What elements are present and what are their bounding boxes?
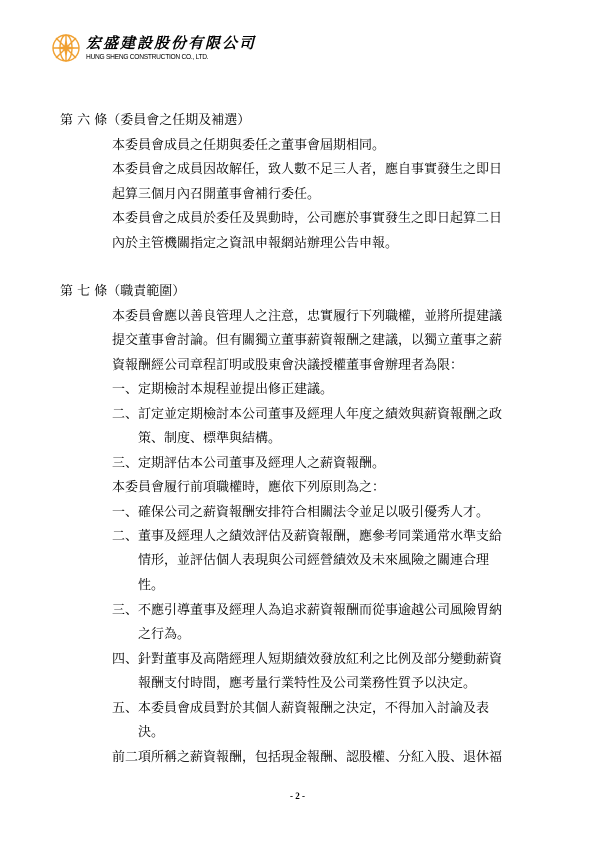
- document-header: 宏盛建設股份有限公司 HUNG SHENG CONSTRUCTION CO., …: [50, 30, 256, 66]
- principle-item-3: 三、不應引導董事及經理人為追求薪資報酬而從事逾越公司風險胃納: [112, 603, 502, 619]
- principle-item-4-cont: 報酬支付時間，應考量行業特性及公司業務性質予以決定。: [138, 676, 476, 692]
- duty-item-1: 一、定期檢討本規程並提出修正建議。: [112, 382, 333, 398]
- compass-rose-logo-icon: [50, 32, 82, 64]
- principle-item-4: 四、針對董事及高階經理人短期績效發放紅利之比例及部分變動薪資: [112, 652, 502, 668]
- principle-item-3-cont: 之行為。: [138, 627, 190, 643]
- article-7-intro: 提交董事會討論。但有關獨立董事薪資報酬之建議，以獨立董事之薪: [112, 333, 502, 349]
- closing-paragraph: 前二項所稱之薪資報酬，包括現金報酬、認股權、分紅入股、退休福: [112, 750, 502, 766]
- article-6-title: 第 六 條（委員會之任期及補選）: [60, 113, 250, 129]
- article-7-intro: 資報酬經公司章程訂明或股東會決議授權董事會辦理者為限：: [112, 358, 463, 374]
- article-6-paragraph: 起算三個月內召開董事會補行委任。: [112, 187, 320, 203]
- principle-item-2-cont: 情形，並評估個人表現與公司經營績效及未來風險之關連合理: [138, 553, 489, 569]
- company-name-en: HUNG SHENG CONSTRUCTION CO., LTD.: [86, 54, 248, 61]
- principle-item-2-cont: 性。: [138, 578, 164, 594]
- duty-item-2: 二、訂定並定期檢討本公司董事及經理人年度之績效與薪資報酬之政: [112, 407, 502, 423]
- principle-item-2: 二、董事及經理人之績效評估及薪資報酬，應參考同業通常水準支給: [112, 529, 502, 545]
- duty-item-3: 三、定期評估本公司董事及經理人之薪資報酬。: [112, 456, 385, 472]
- principles-intro: 本委員會履行前項職權時，應依下列原則為之：: [112, 480, 385, 496]
- principle-item-5: 五、本委員會成員對於其個人薪資報酬之決定，不得加入討論及表: [112, 701, 489, 717]
- article-7-title: 第 七 條（職責範圍）: [60, 284, 185, 300]
- principle-item-1: 一、確保公司之薪資報酬安排符合相關法令並足以吸引優秀人才。: [112, 505, 489, 521]
- article-6-paragraph: 本委員會成員之任期與委任之董事會屆期相同。: [112, 138, 385, 154]
- article-7-intro: 本委員會應以善良管理人之注意，忠實履行下列職權，並將所提建議: [112, 309, 502, 325]
- page-number: - 2 -: [0, 791, 595, 801]
- duty-item-2-cont: 策、制度、標準與結構。: [138, 431, 281, 447]
- article-6-paragraph: 本委員會之成員於委任及異動時，公司應於事實發生之即日起算二日: [112, 211, 502, 227]
- article-6-paragraph: 本委員會之成員因故解任，致人數不足三人者，應自事實發生之即日: [112, 162, 502, 178]
- article-6-paragraph: 內於主管機關指定之資訊申報網站辦理公告申報。: [112, 236, 398, 252]
- company-name-cn: 宏盛建設股份有限公司: [86, 36, 256, 51]
- principle-item-5-cont: 決。: [138, 725, 164, 741]
- company-brand: 宏盛建設股份有限公司 HUNG SHENG CONSTRUCTION CO., …: [86, 36, 256, 61]
